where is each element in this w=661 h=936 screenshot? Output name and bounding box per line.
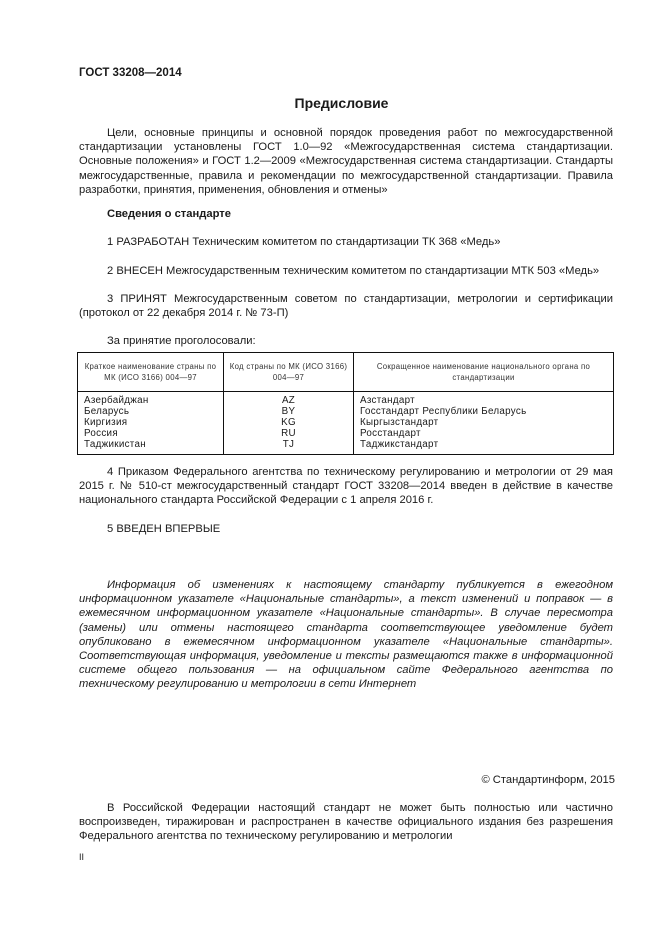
body-cell: Таджикстандарт <box>360 439 607 450</box>
body-column: Азстандарт Госстандарт Республики Белару… <box>354 392 614 455</box>
page-title: Предисловие <box>0 95 661 111</box>
country-cell: Беларусь <box>84 406 217 417</box>
notice-paragraph: Информация об изменениях к настоящему ст… <box>79 578 613 692</box>
code-cell: AZ <box>230 395 347 406</box>
document-id: ГОСТ 33208—2014 <box>79 67 182 79</box>
item-developed: 1 РАЗРАБОТАН Техническим комитетом по ст… <box>79 235 613 249</box>
code-cell: BY <box>230 406 347 417</box>
code-cell: RU <box>230 428 347 439</box>
copyright: © Стандартинформ, 2015 <box>481 774 615 786</box>
country-cell: Россия <box>84 428 217 439</box>
section-title: Сведения о стандарте <box>107 208 231 220</box>
item-adopted: 3 ПРИНЯТ Межгосударственным советом по с… <box>79 292 613 320</box>
body-cell: Госстандарт Республики Беларусь <box>360 406 607 417</box>
code-cell: KG <box>230 417 347 428</box>
intro-paragraph: Цели, основные принципы и основной поряд… <box>79 126 613 197</box>
header-country: Краткое наименование страны по МК (ИСО 3… <box>78 353 224 392</box>
page-number: II <box>79 852 84 862</box>
voting-table: Краткое наименование страны по МК (ИСО 3… <box>77 352 614 455</box>
item-order: 4 Приказом Федерального агентства по тех… <box>79 465 613 508</box>
country-cell: Азербайджан <box>84 395 217 406</box>
header-body: Сокращенное наименование национального о… <box>354 353 614 392</box>
item-first-introduced: 5 ВВЕДЕН ВПЕРВЫЕ <box>79 522 613 536</box>
country-cell: Таджикистан <box>84 439 217 450</box>
item-introduced: 2 ВНЕСЕН Межгосударственным техническим … <box>79 264 613 278</box>
rights-paragraph: В Российской Федерации настоящий стандар… <box>79 801 613 844</box>
country-column: Азербайджан Беларусь Киргизия Россия Тад… <box>78 392 224 455</box>
code-column: AZ BY KG RU TJ <box>224 392 354 455</box>
table-header-row: Краткое наименование страны по МК (ИСО 3… <box>78 353 614 392</box>
code-cell: TJ <box>230 439 347 450</box>
voted-label: За принятие проголосовали: <box>79 334 613 348</box>
country-cell: Киргизия <box>84 417 217 428</box>
body-cell: Азстандарт <box>360 395 607 406</box>
body-cell: Росстандарт <box>360 428 607 439</box>
header-code: Код страны по МК (ИСО 3166) 004—97 <box>224 353 354 392</box>
table-row: Азербайджан Беларусь Киргизия Россия Тад… <box>78 392 614 455</box>
body-cell: Кыргызстандарт <box>360 417 607 428</box>
